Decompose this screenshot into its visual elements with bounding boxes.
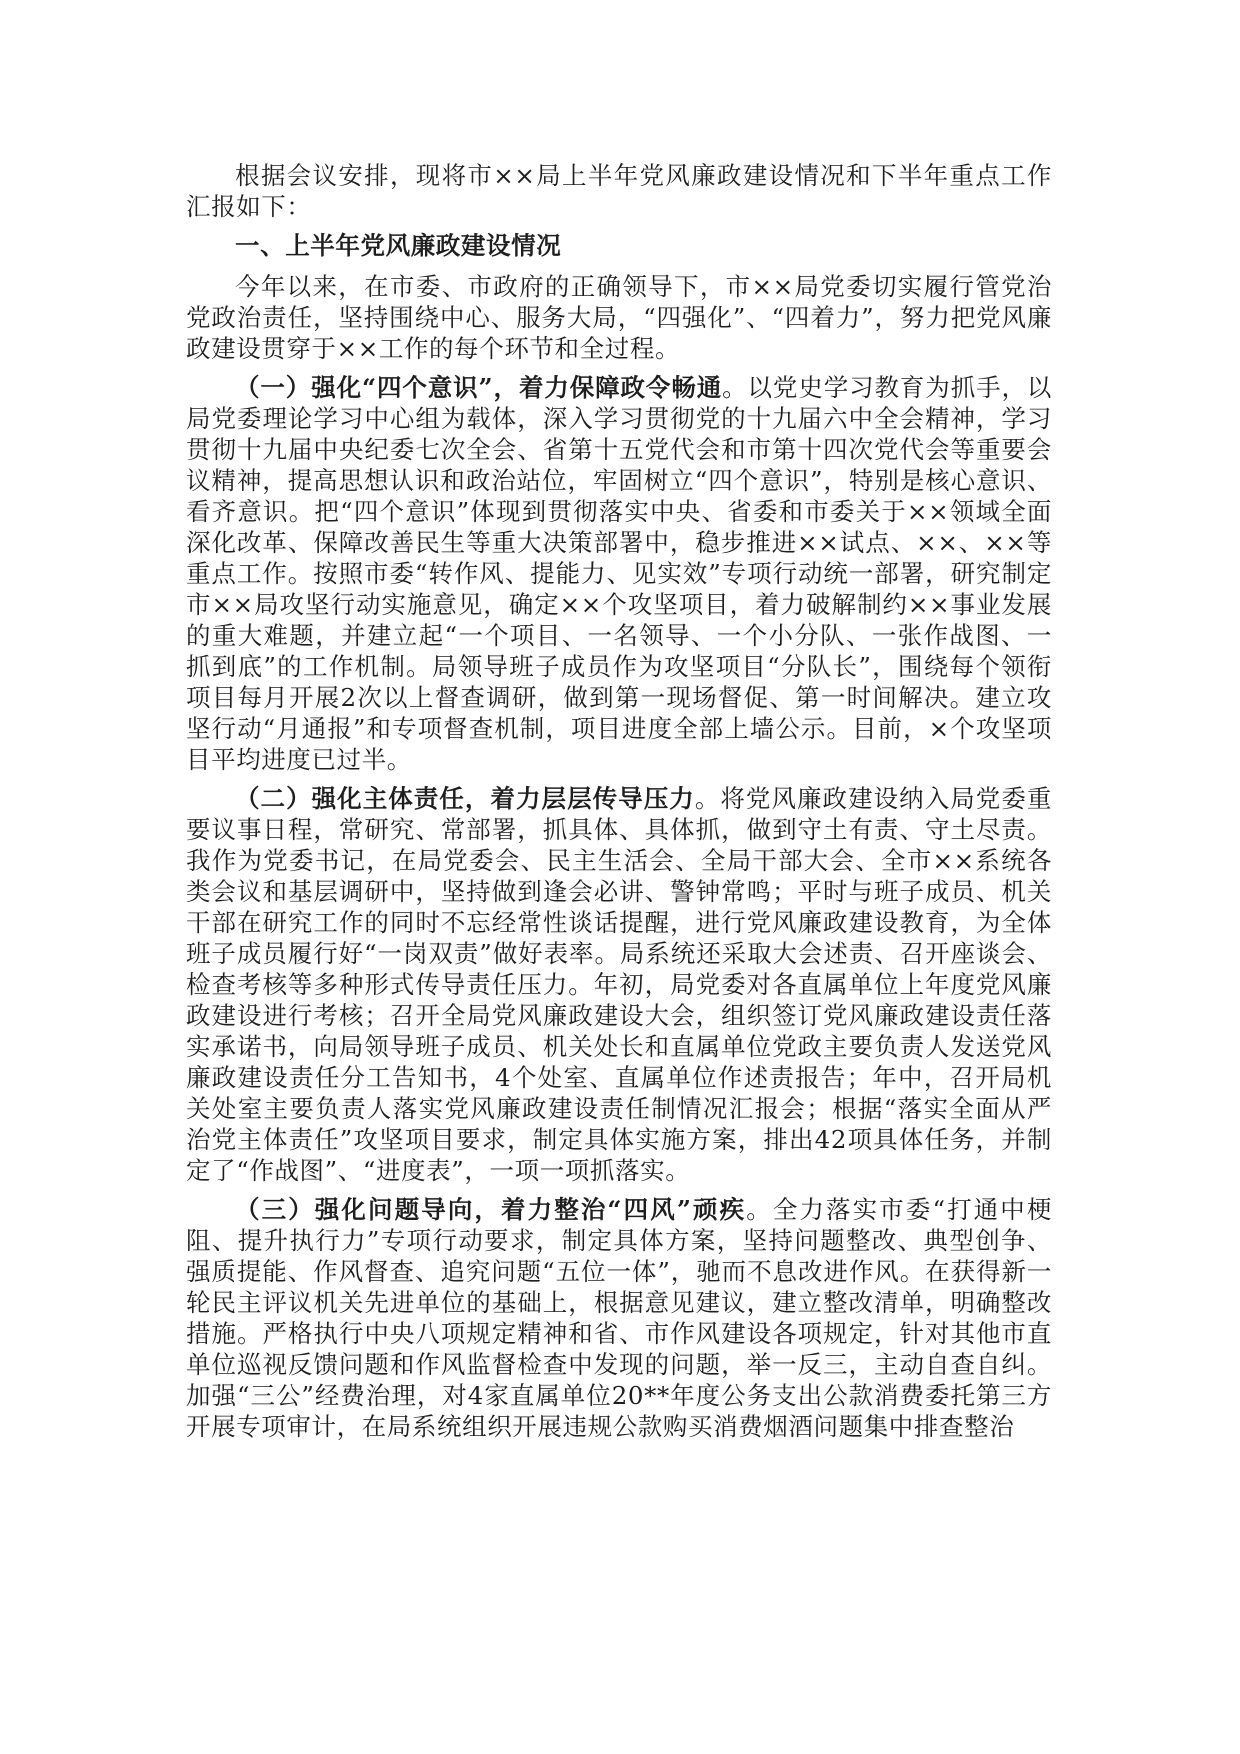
item-body-1: 。以党史学习教育为抓手，以局党委理论学习中心组为载体，深入学习贯彻党的十九届六中… — [186, 373, 1052, 774]
document-page: 根据会议安排，现将市××局上半年党风廉政建设情况和下半年重点工作汇报如下： 一、… — [186, 160, 1052, 1450]
item-lead-1: （一）强化“四个意识”，着力保障政令畅通 — [235, 373, 722, 402]
item-paragraph-2: （二）强化主体责任，着力层层传导压力。将党风廉政建设纳入局党委重要议事日程，常研… — [186, 783, 1052, 1186]
item-lead-3: （三）强化问题导向，着力整治“四风”顽疾 — [235, 1195, 746, 1224]
item-body-3: 。全力落实市委“打通中梗阻、提升执行力”专项行动要求，制定具体方案，坚持问题整改… — [186, 1195, 1052, 1441]
item-body-2: 。将党风廉政建设纳入局党委重要议事日程，常研究、常部署，抓具体、具体抓，做到守土… — [186, 784, 1052, 1185]
overview-paragraph: 今年以来，在市委、市政府的正确领导下，市××局党委切实履行管党治党政治责任，坚持… — [186, 271, 1052, 364]
intro-paragraph: 根据会议安排，现将市××局上半年党风廉政建设情况和下半年重点工作汇报如下： — [186, 160, 1052, 222]
item-lead-2: （二）强化主体责任，着力层层传导压力 — [235, 784, 695, 813]
item-paragraph-3: （三）强化问题导向，着力整治“四风”顽疾。全力落实市委“打通中梗阻、提升执行力”… — [186, 1194, 1052, 1442]
item-paragraph-1: （一）强化“四个意识”，着力保障政令畅通。以党史学习教育为抓手，以局党委理论学习… — [186, 372, 1052, 775]
section-heading: 一、上半年党风廉政建设情况 — [186, 230, 1052, 261]
